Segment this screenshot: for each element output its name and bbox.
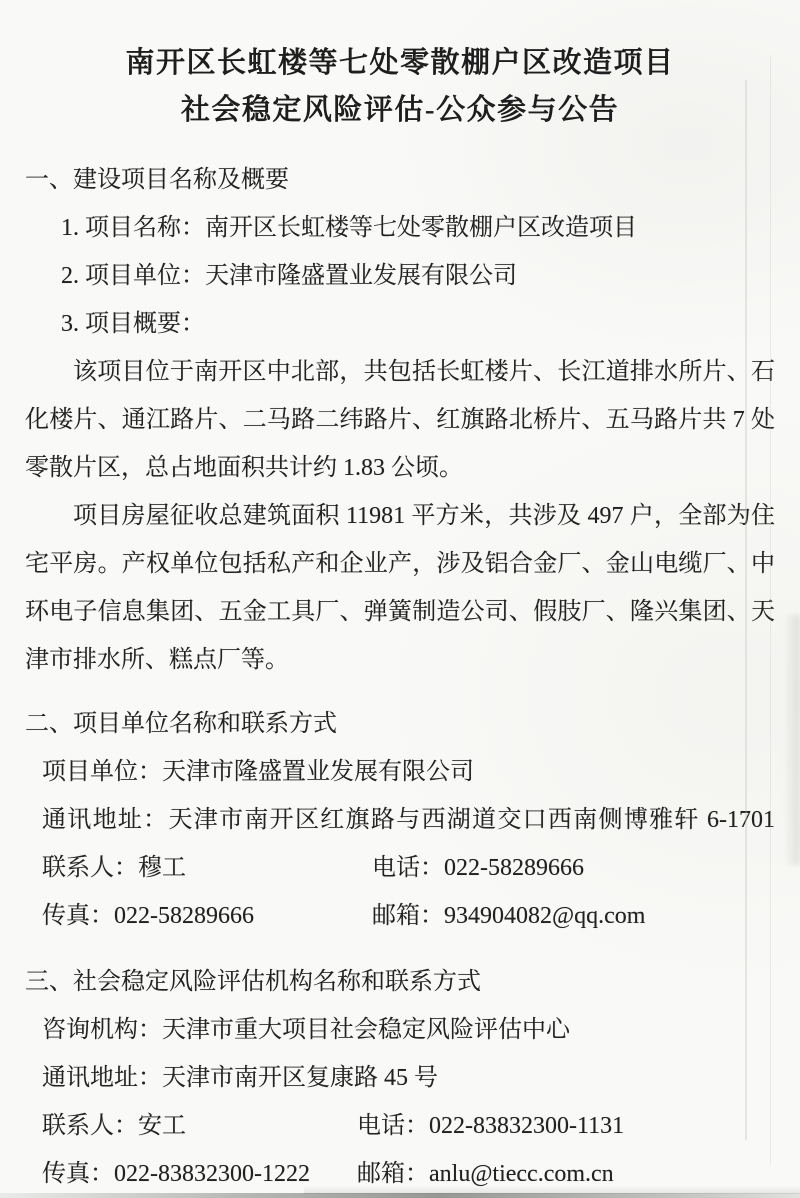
email-value: 邮箱：anlu@tiecc.com.cn	[357, 1150, 614, 1198]
title-line-1: 南开区长虹楼等七处零散棚户区改造项目	[25, 40, 775, 87]
project-unit-value: 项目单位：天津市隆盛置业发展有限公司	[42, 759, 474, 785]
para-line: 该项目位于南开区中北部，共包括长虹楼片、长江道排水所片、石	[25, 348, 775, 396]
para-line: 宅平房。产权单位包括私产和企业产，涉及铝合金厂、金山电缆厂、中	[25, 540, 775, 588]
email-value: 邮箱：934904082@qq.com	[372, 892, 645, 940]
section2-address-row: 通讯地址：天津市南开区红旗路与西湖道交口西南侧博雅轩 6-1701	[42, 796, 775, 844]
section2-project-unit-row: 项目单位：天津市隆盛置业发展有限公司	[42, 748, 775, 796]
document-page: 南开区长虹楼等七处零散棚户区改造项目 社会稳定风险评估-公众参与公告 一、建设项…	[0, 40, 800, 1198]
phone-value: 电话：022-58289666	[372, 844, 584, 892]
document-title: 南开区长虹楼等七处零散棚户区改造项目 社会稳定风险评估-公众参与公告	[25, 40, 775, 134]
section3-heading: 三、社会稳定风险评估机构名称和联系方式	[25, 958, 775, 1006]
section1-item-project-name: 1. 项目名称：南开区长虹楼等七处零散棚户区改造项目	[61, 204, 775, 252]
para-line: 化楼片、通江路片、二马路二纬路片、红旗路北桥片、五马路片共 7 处	[25, 396, 775, 444]
section2-fax-email-row: 传真：022-58289666 邮箱：934904082@qq.com	[42, 892, 775, 940]
contact-person-value: 联系人：穆工	[42, 855, 186, 881]
section1-paragraph-1: 该项目位于南开区中北部，共包括长虹楼片、长江道排水所片、石 化楼片、通江路片、二…	[25, 348, 775, 492]
address-value: 通讯地址：天津市南开区复康路 45 号	[42, 1065, 438, 1091]
fax-value: 传真：022-83832300-1222	[42, 1161, 310, 1187]
para-line: 环电子信息集团、五金工具厂、弹簧制造公司、假肢厂、隆兴集团、天	[25, 588, 775, 636]
section1-item-project-unit: 2. 项目单位：天津市隆盛置业发展有限公司	[61, 252, 775, 300]
phone-value: 电话：022-83832300-1131	[357, 1102, 624, 1150]
para-line: 项目房屋征收总建筑面积 11981 平方米，共涉及 497 户，全部为住	[25, 492, 775, 540]
section3-contact-phone-row: 联系人：安工 电话：022-83832300-1131	[42, 1102, 775, 1150]
para-line: 零散片区，总占地面积共计约 1.83 公顷。	[25, 444, 775, 492]
section3-agency-row: 咨询机构：天津市重大项目社会稳定风险评估中心	[42, 1006, 775, 1054]
title-line-2: 社会稳定风险评估-公众参与公告	[25, 87, 775, 134]
fax-value: 传真：022-58289666	[42, 903, 254, 929]
section1-heading: 一、建设项目名称及概要	[25, 156, 775, 204]
section2-heading: 二、项目单位名称和联系方式	[25, 700, 775, 748]
agency-value: 咨询机构：天津市重大项目社会稳定风险评估中心	[42, 1017, 570, 1043]
section1-item-project-summary: 3. 项目概要：	[61, 300, 775, 348]
address-value: 通讯地址：天津市南开区红旗路与西湖道交口西南侧博雅轩 6-1701	[42, 807, 775, 833]
section3-address-row: 通讯地址：天津市南开区复康路 45 号	[42, 1054, 775, 1102]
section3-fax-email-row: 传真：022-83832300-1222 邮箱：anlu@tiecc.com.c…	[42, 1150, 775, 1198]
para-line: 津市排水所、糕点厂等。	[25, 636, 775, 684]
section2-contact-phone-row: 联系人：穆工 电话：022-58289666	[42, 844, 775, 892]
contact-person-value: 联系人：安工	[42, 1113, 186, 1139]
section1-paragraph-2: 项目房屋征收总建筑面积 11981 平方米，共涉及 497 户，全部为住 宅平房…	[25, 492, 775, 684]
